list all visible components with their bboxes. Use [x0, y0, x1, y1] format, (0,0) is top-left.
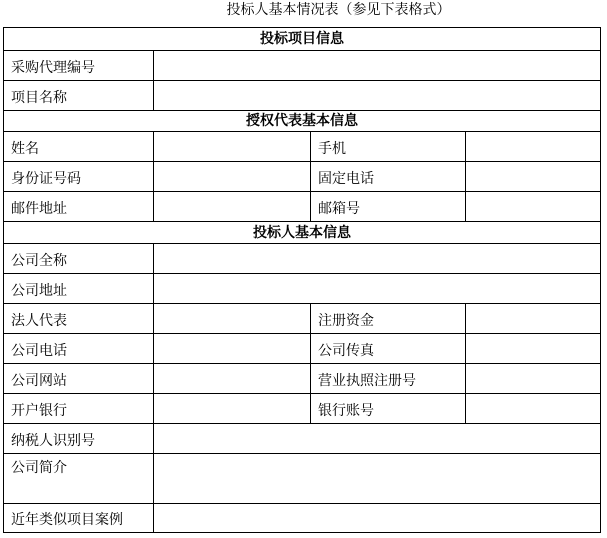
label-company-profile: 公司简介	[3, 453, 154, 504]
field-company-fax[interactable]	[465, 333, 601, 364]
field-business-license-number[interactable]	[465, 363, 601, 394]
label-taxpayer-id: 纳税人识别号	[3, 423, 154, 454]
label-company-name: 公司全称	[3, 243, 154, 274]
label-name: 姓名	[3, 131, 154, 162]
field-taxpayer-id[interactable]	[153, 423, 601, 454]
section-header-project: 投标项目信息	[3, 27, 601, 51]
label-project-name: 项目名称	[3, 80, 154, 111]
field-company-website[interactable]	[153, 363, 311, 394]
field-mail-address[interactable]	[153, 191, 311, 222]
field-company-phone[interactable]	[153, 333, 311, 364]
label-bank: 开户银行	[3, 393, 154, 424]
field-email[interactable]	[465, 191, 601, 222]
label-agency-number: 采购代理编号	[3, 50, 154, 81]
label-business-license-number: 营业执照注册号	[310, 363, 466, 394]
label-company-phone: 公司电话	[3, 333, 154, 364]
label-mobile: 手机	[310, 131, 466, 162]
field-id-number[interactable]	[153, 161, 311, 192]
label-mail-address: 邮件地址	[3, 191, 154, 222]
field-project-name[interactable]	[153, 80, 601, 111]
label-registered-capital: 注册资金	[310, 303, 466, 334]
field-legal-representative[interactable]	[153, 303, 311, 334]
field-bank[interactable]	[153, 393, 311, 424]
form-title: 投标人基本情况表（参见下表格式）	[0, 1, 607, 19]
field-agency-number[interactable]	[153, 50, 601, 81]
label-email: 邮箱号	[310, 191, 466, 222]
label-landline: 固定电话	[310, 161, 466, 192]
section-header-bidder: 投标人基本信息	[3, 221, 601, 244]
field-company-address[interactable]	[153, 273, 601, 304]
label-legal-representative: 法人代表	[3, 303, 154, 334]
field-registered-capital[interactable]	[465, 303, 601, 334]
field-mobile[interactable]	[465, 131, 601, 162]
field-company-profile[interactable]	[153, 453, 601, 504]
section-header-representative: 授权代表基本信息	[3, 110, 601, 132]
label-id-number: 身份证号码	[3, 161, 154, 192]
field-bank-account[interactable]	[465, 393, 601, 424]
field-similar-project-cases[interactable]	[153, 503, 601, 533]
field-name[interactable]	[153, 131, 311, 162]
label-company-address: 公司地址	[3, 273, 154, 304]
field-company-name[interactable]	[153, 243, 601, 274]
field-landline[interactable]	[465, 161, 601, 192]
label-similar-project-cases: 近年类似项目案例	[3, 503, 154, 533]
label-bank-account: 银行账号	[310, 393, 466, 424]
label-company-website: 公司网站	[3, 363, 154, 394]
bidder-info-table: 投标项目信息 采购代理编号 项目名称 授权代表基本信息 姓名 手机 身份证号码 …	[3, 27, 601, 532]
label-company-fax: 公司传真	[310, 333, 466, 364]
